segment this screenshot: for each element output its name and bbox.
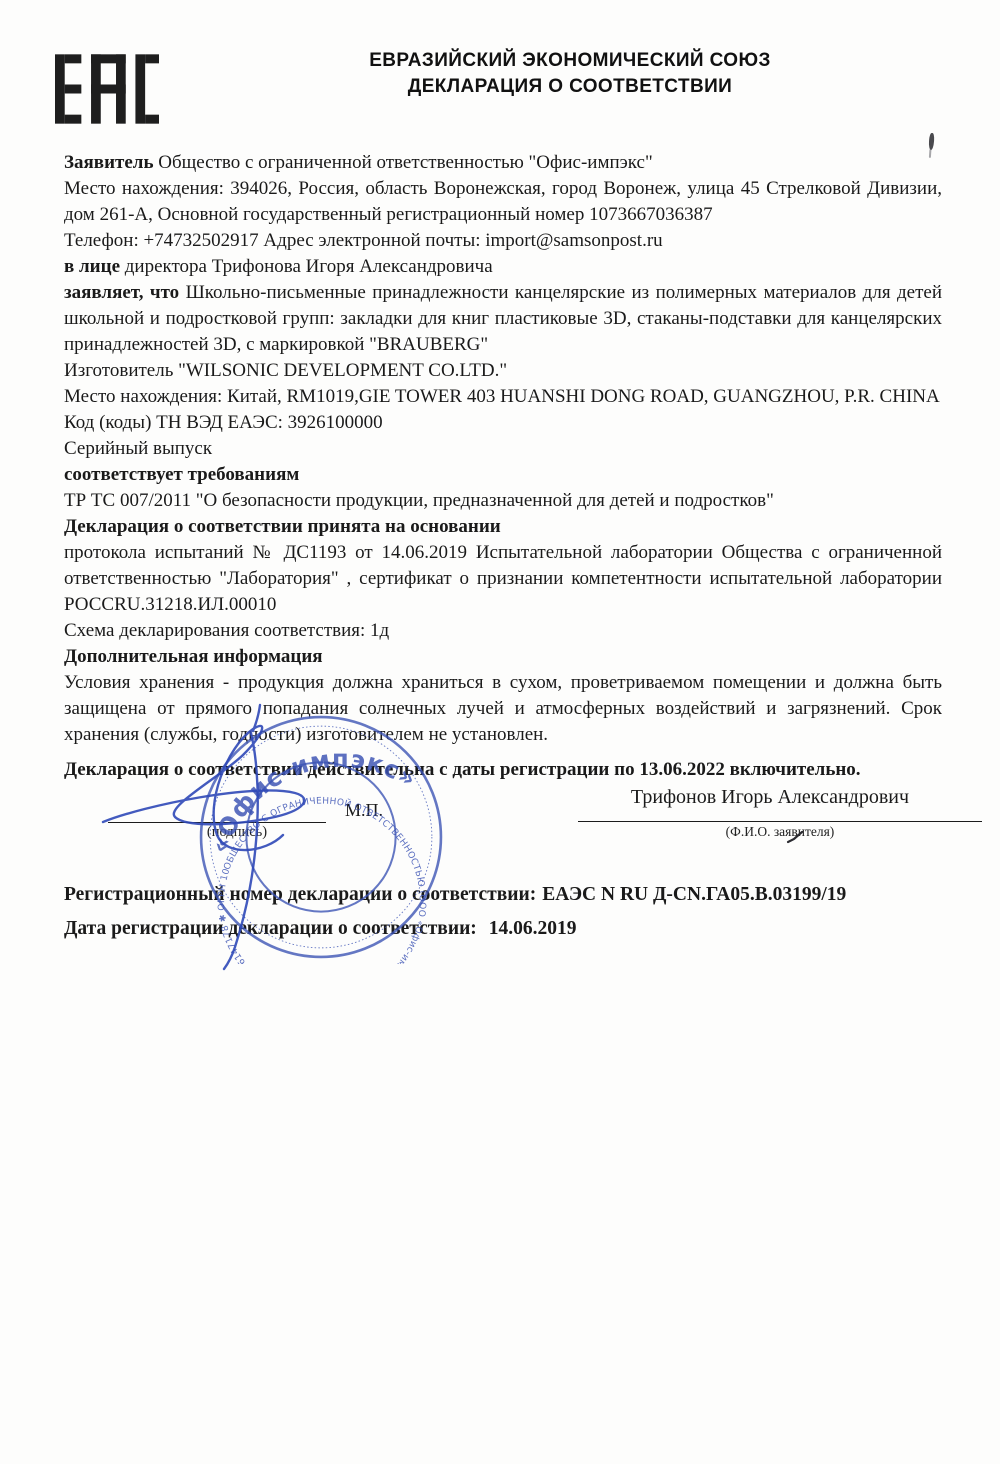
- signature-line: [108, 796, 326, 823]
- additional-info-heading: Дополнительная информация: [64, 644, 942, 670]
- conformity-heading: соответствует требованиям: [64, 462, 942, 488]
- registration-number-label: Регистрационный номер декларации о соотв…: [64, 884, 536, 905]
- tnved-code-line: Код (коды) ТН ВЭД ЕАЭС: 3926100000: [64, 410, 942, 436]
- contacts-line: Телефон: +74732502917 Адрес электронной …: [64, 228, 942, 254]
- stamp-place-label: М.П.: [345, 800, 383, 821]
- applicant-value: Общество с ограниченной ответственностью…: [154, 152, 653, 173]
- serial-release-line: Серийный выпуск: [64, 436, 942, 462]
- scheme-line: Схема декларирования соответствия: 1д: [64, 618, 942, 644]
- title-line-2: ДЕКЛАРАЦИЯ О СООТВЕТСТВИИ: [250, 74, 890, 100]
- signature-caption: (подпись): [128, 824, 346, 841]
- applicant-line: Заявитель Общество с ограниченной ответс…: [64, 150, 942, 176]
- validity-line: Декларация о соответствии действительна …: [64, 757, 942, 783]
- registration-date-line: Дата регистрации декларации о соответств…: [64, 918, 577, 940]
- manufacturer-address-line: Место нахождения: Китай, RM1019,GIE TOWE…: [64, 384, 942, 410]
- registration-date-label: Дата регистрации декларации о соответств…: [64, 918, 477, 939]
- registration-date-value: 14.06.2019: [489, 918, 577, 939]
- regulation-line: ТР ТС 007/2011 "О безопасности продукции…: [64, 488, 942, 514]
- title-line-1: ЕВРАЗИЙСКИЙ ЭКОНОМИЧЕСКИЙ СОЮЗ: [250, 48, 890, 74]
- representative-line: в лице директора Трифонова Игоря Алексан…: [64, 254, 942, 280]
- product-line: заявляет, что Школьно-письменные принадл…: [64, 280, 942, 358]
- registration-number-line: Регистрационный номер декларации о соотв…: [64, 884, 846, 906]
- basis-heading: Декларация о соответствии принята на осн…: [64, 514, 942, 540]
- representative-label: в лице: [64, 256, 120, 277]
- applicant-label: Заявитель: [64, 152, 154, 173]
- declares-label: заявляет, что: [64, 282, 179, 303]
- declaration-document: ЕВРАЗИЙСКИЙ ЭКОНОМИЧЕСКИЙ СОЮЗ ДЕКЛАРАЦИ…: [0, 0, 1000, 1464]
- storage-conditions-line: Условия хранения - продукция должна хран…: [64, 670, 942, 748]
- declaration-body: Заявитель Общество с ограниченной ответс…: [64, 150, 942, 783]
- applicant-name-line: [578, 796, 982, 822]
- registration-number-value: ЕАЭС N RU Д-CN.ГА05.В.03199/19: [542, 884, 846, 905]
- test-protocol-line: протокола испытаний № ДС1193 от 14.06.20…: [64, 540, 942, 618]
- eac-logo-icon: [55, 44, 159, 139]
- applicant-name-caption: (Ф.И.О. заявителя): [578, 824, 982, 840]
- manufacturer-line: Изготовитель "WILSONIC DEVELOPMENT CO.LT…: [64, 358, 942, 384]
- applicant-address-line: Место нахождения: 394026, Россия, област…: [64, 176, 942, 228]
- ink-speck: [928, 133, 934, 150]
- document-title: ЕВРАЗИЙСКИЙ ЭКОНОМИЧЕСКИЙ СОЮЗ ДЕКЛАРАЦИ…: [250, 48, 890, 100]
